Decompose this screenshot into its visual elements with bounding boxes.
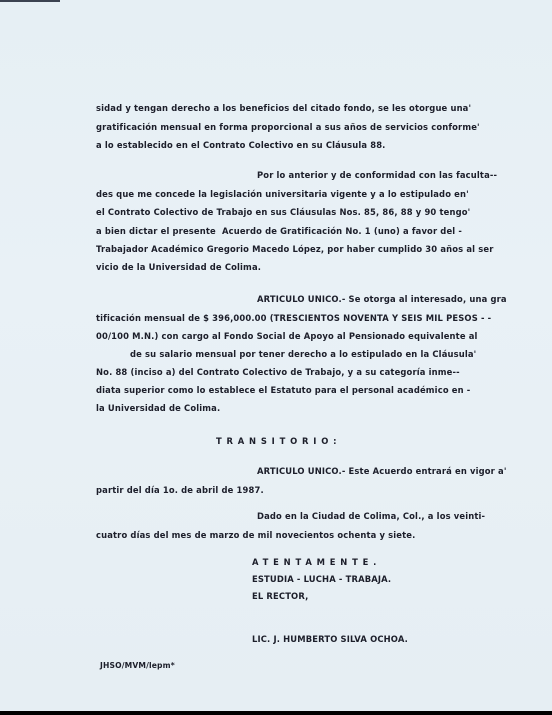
text-line: 00/100 M.N.) con cargo al Fondo Social d… bbox=[96, 331, 478, 341]
text-line: ARTICULO UNICO.- Se otorga al interesado… bbox=[257, 294, 507, 304]
text-line: diata superior como lo establece el Esta… bbox=[96, 385, 470, 395]
closing-salutation: ATENTAMENTE. bbox=[252, 557, 381, 567]
section-heading: TRANSITORIO: bbox=[216, 436, 341, 446]
text-line: cuatro días del mes de marzo de mil nove… bbox=[96, 530, 415, 540]
text-line: Dado en la Ciudad de Colima, Col., a los… bbox=[257, 511, 485, 521]
text-line: a bien dictar el presente Acuerdo de Gra… bbox=[96, 226, 462, 236]
text-line: a lo establecido en el Contrato Colectiv… bbox=[96, 140, 386, 150]
text-line: sidad y tengan derecho a los beneficios … bbox=[96, 103, 471, 113]
document-page: sidad y tengan derecho a los beneficios … bbox=[0, 0, 552, 711]
closing-motto: ESTUDIA - LUCHA - TRABAJA. bbox=[252, 574, 391, 584]
scan-edge bbox=[0, 0, 60, 2]
text-line: de su salario mensual por tener derecho … bbox=[130, 349, 476, 359]
reference-initials: JHSO/MVM/lepm* bbox=[100, 661, 175, 671]
text-line: partir del día 1o. de abril de 1987. bbox=[96, 485, 264, 495]
text-line: No. 88 (inciso a) del Contrato Colectivo… bbox=[96, 367, 460, 377]
text-line: gratificación mensual en forma proporcio… bbox=[96, 122, 480, 132]
text-line: vicio de la Universidad de Colima. bbox=[96, 262, 261, 272]
closing-title: EL RECTOR, bbox=[252, 591, 308, 601]
text-line: Trabajador Académico Gregorio Macedo Lóp… bbox=[96, 244, 493, 254]
text-line: Por lo anterior y de conformidad con las… bbox=[257, 170, 497, 180]
text-line: des que me concede la legislación univer… bbox=[96, 189, 469, 199]
text-line: ARTICULO UNICO.- Este Acuerdo entrará en… bbox=[257, 466, 507, 476]
text-line: la Universidad de Colima. bbox=[96, 403, 220, 413]
text-line: tificación mensual de $ 396,000.00 (TRES… bbox=[96, 313, 491, 323]
signatory-name: LIC. J. HUMBERTO SILVA OCHOA. bbox=[252, 634, 408, 644]
text-line: el Contrato Colectivo de Trabajo en sus … bbox=[96, 207, 470, 217]
